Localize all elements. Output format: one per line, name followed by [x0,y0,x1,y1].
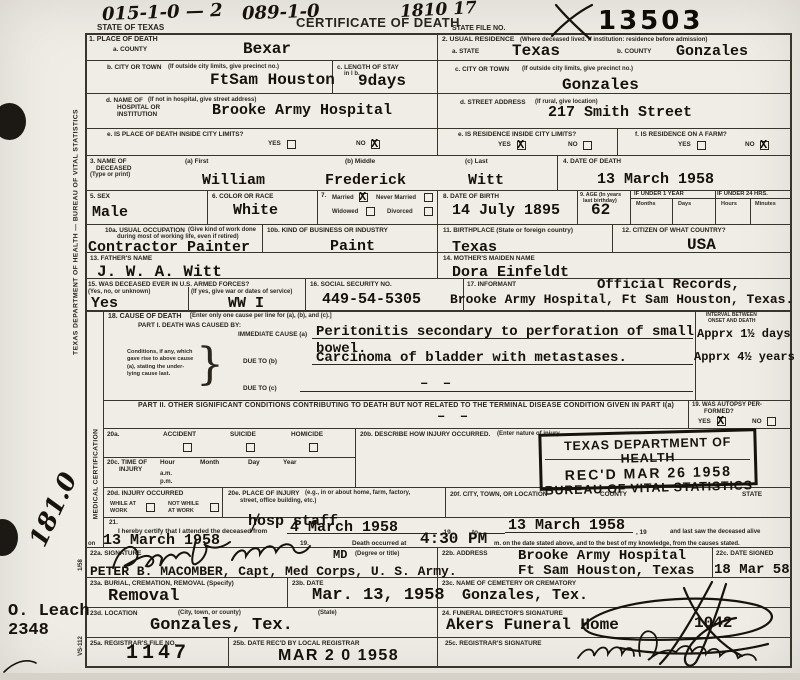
handwritten-margin-number: 181.0 [23,468,82,551]
age-value: 62 [591,201,610,219]
am-label: a.m. [160,471,172,477]
place-county-label: a. COUNTY [113,46,147,54]
checkbox-place-limits-no [371,140,380,149]
residence-label: 2. USUAL RESIDENCE [442,36,514,44]
deceased-middle-value: Frederick [325,172,406,189]
armed-forces-value2: WW I [228,295,264,312]
farm-label: f. IS RESIDENCE ON A FARM? [635,131,727,139]
informant-label: 17. INFORMANT [467,281,516,289]
suicide-label: SUICIDE [230,431,256,439]
informant-line1: Official Records, [597,277,740,293]
injury-county-label: COUNTY [600,491,627,499]
certify-time-value: 4:30 PM [420,530,487,548]
funeral-home-value: Akers Funeral Home [446,616,619,634]
father-label: 13. FATHER'S NAME [90,255,152,263]
not-while-at-work-label: NOT WHILE AT WORK [168,501,206,514]
hospital-label3: INSTITUTION [117,111,157,119]
place-limits-yes-label: YES [268,140,281,148]
form-number-label: VS-112 [78,636,84,656]
certify-yr3-label: 19. [300,540,309,548]
checkbox-residence-limits-yes [517,141,526,150]
day-label: Day [248,459,260,467]
farm-yes-label: YES [678,141,691,149]
residence-state-label: a. STATE [452,48,479,56]
place-county-value: Bexar [243,40,291,58]
cause-bracket-note: [Enter only one cause per line for (a), … [190,313,332,319]
checkbox-farm-yes [697,141,706,150]
deceased-last-label: (c) Last [465,158,488,166]
checkbox-never-married [424,193,433,202]
interval-b-value: Apprx 4½ years [694,350,795,364]
registrar-recd-stamp: MAR 2 0 1958 [278,647,399,665]
physician-md-label: MD [333,548,347,562]
residence-county-label: b. COUNTY [617,48,651,56]
month-label: Month [200,459,219,467]
certify-on-label: on [88,541,95,547]
registrar-file-value: 1147 [126,642,190,665]
place-limits-label: e. IS PLACE OF DEATH INSIDE CITY LIMITS? [107,131,243,139]
certify-text3: Death occurred at [352,540,406,548]
punch-hole-bottom [0,519,18,556]
cemetery-value: Gonzales, Tex. [462,587,588,604]
form-border-bottom [85,666,792,668]
date-of-birth-value: 14 July 1895 [452,202,560,219]
under-24-hrs-label: IF UNDER 24 HRS. [717,191,768,198]
date-of-death-label: 4. DATE OF DEATH [563,158,621,166]
funeral-hw-number: 1042 [694,614,732,632]
under-1-year-label: IF UNDER 1 YEAR [634,191,684,198]
part2-value: – – [437,409,471,425]
hours-label: Hours [721,201,737,207]
marital-label: 7. [321,192,326,200]
occupation-value: Contractor Painter [88,239,250,256]
conditions-brace: } [196,339,224,390]
due-to-c-value: – – [420,376,454,392]
physician-address-label: 22b. ADDRESS [442,550,488,558]
form-revision-label: 1/58 [78,559,84,571]
date-signed-value: 18 Mar 58 [714,562,790,578]
checkbox-divorced [424,207,433,216]
cause-line-a-rule [312,338,693,339]
injury-state-label: STATE [742,491,762,499]
checkbox-autopsy-yes [717,417,726,426]
date-signed-label: 22c. DATE SIGNED [716,550,773,558]
deceased-first-label: (a) First [185,158,208,166]
handwritten-margin-name: O. Leach [8,602,90,621]
cause-of-death-label: 18. CAUSE OF DEATH [108,313,181,321]
injury-desc-label: 20b. DESCRIBE HOW INJURY OCCURRED. [360,431,490,439]
medical-spine-divider [103,310,104,547]
business-label: 10b. KIND OF BUSINESS OR INDUSTRY [267,227,388,235]
deceased-middle-label: (b) Middle [345,158,375,166]
physician-address-line2: Ft Sam Houston, Texas [518,563,694,579]
immediate-cause-label: IMMEDIATE CAUSE (a) [238,331,307,339]
deceased-note: (Type or print) [90,172,130,178]
physician-name-value: PETER B. MACOMBER, Capt, Med Corps, U. S… [90,564,457,579]
place-city-value: FtSam Houston [210,71,335,89]
hospital-value: Brooke Army Hospital [212,102,392,119]
occupation-note: (Give kind of work done [188,227,256,233]
residence-city-value: Gonzales [562,76,639,94]
physician-signature-label: 22a. SIGNATURE [90,550,141,558]
place-limits-no-label: NO [356,140,366,148]
checkbox-suicide [246,443,255,452]
certify-text2: and last saw the deceased alive [670,529,760,536]
conditions-note: Conditions, if any, which gave rise to a… [127,349,197,378]
form-border-top [85,33,792,35]
mother-label: 14. MOTHER'S MAIDEN NAME [443,255,535,263]
checkbox-accident [183,443,192,452]
medical-certification-vertical-label: MEDICAL CERTIFICATION [93,429,100,520]
checkbox-widowed [366,207,375,216]
checkbox-not-while-at-work [210,503,219,512]
birthplace-label: 11. BIRTHPLACE (State or foreign country… [443,227,573,235]
place-of-death-label: 1. PLACE OF DEATH [89,36,158,44]
registrar-signature-label: 25c. REGISTRAR'S SIGNATURE [445,640,542,648]
marital-divorced-label: Divorced [387,209,413,215]
citizen-label: 12. CITIZEN OF WHAT COUNTRY? [622,227,726,235]
sex-value: Male [92,204,128,221]
checkbox-autopsy-no [767,417,776,426]
registrar-signature [578,631,756,660]
due-to-c-label: DUE TO (c) [243,385,277,393]
autopsy-no-label: NO [752,418,762,426]
sex-label: 5. SEX [90,193,110,201]
checkbox-residence-limits-no [583,141,592,150]
certify-number-label: 21. [109,519,118,527]
state-file-number-stamp: 13503 [598,6,703,36]
checkbox-married [359,193,368,202]
ssn-label: 16. SOCIAL SECURITY NO. [310,281,392,289]
handwritten-file-numbers: 1810 17 [400,0,478,22]
place-city-label: b. CITY OR TOWN [107,64,161,72]
mother-value: Dora Einfeldt [452,264,569,281]
injury-time-label2: INJURY [119,466,142,474]
certify-yr2-label: , 19 [636,529,647,537]
accident-label: ACCIDENT [163,431,196,439]
checkbox-place-limits-yes [287,140,296,149]
burial-location-label: 23d. LOCATION [90,610,137,618]
punch-hole-top [0,103,26,140]
burial-date-value: Mar. 13, 1958 [312,586,445,605]
burial-location-value: Gonzales, Tex. [150,616,293,635]
marital-never-label: Never Married [376,195,416,201]
interval-header-line2: ONSET AND DEATH [708,318,756,324]
residence-limits-yes-label: YES [498,141,511,149]
race-value: White [233,202,278,219]
form-border-left [85,33,87,668]
residence-county-value: Gonzales [676,43,748,60]
farm-no-label: NO [745,141,755,149]
date-of-birth-label: 8. DATE OF BIRTH [443,193,499,201]
autopsy-yes-label: YES [698,418,711,426]
father-value: J. W. A. Witt [97,263,222,281]
injury-place-label: 20e. PLACE OF INJURY [228,490,300,498]
informant-line2: Brooke Army Hospital, Ft Sam Houston, Te… [450,292,793,307]
part2-label: PART II. OTHER SIGNIFICANT CONDITIONS CO… [138,402,674,410]
street-address-label: d. STREET ADDRESS [460,99,525,107]
injury-place-note: (e.g., in or about home, farm, factory, [305,490,410,496]
received-stamp: TEXAS DEPARTMENT OF HEALTH REC'D MAR 26 … [538,428,757,491]
injury-city-label: 20f. CITY, TOWN, OR LOCATION [450,491,547,499]
deceased-first-value: William [202,172,265,189]
armed-forces-label: 15. WAS DECEASED EVER IN U.S. ARMED FORC… [88,281,249,289]
checkbox-homicide [309,443,318,452]
hour-label: Hour [160,459,175,467]
certificate-paper: 015-1-0 — 2 089-1-0 STATE OF TEXAS CERTI… [0,0,800,680]
residence-limits-no-label: NO [568,141,578,149]
birthplace-value: Texas [452,239,497,256]
pm-label: p.m. [160,479,172,485]
part1-label: PART I. DEATH WAS CAUSED BY: [138,322,241,330]
months-label: Months [636,201,656,207]
residence-state-value: Texas [512,42,560,60]
street-address-value: 217 Smith Street [548,104,692,121]
minutes-label: Minutes [755,201,776,207]
residence-city-label: c. CITY OR TOWN [455,66,509,74]
handwritten-code-left: 015-1-0 — 2 [102,0,223,25]
homicide-label: HOMICIDE [291,431,323,439]
burial-location-note2: (State) [318,610,337,616]
length-of-stay-value: 9days [358,72,406,90]
race-label: 6. COLOR OR RACE [212,193,273,201]
handwritten-margin-code: 2348 [8,621,49,640]
date-of-death-value: 13 March 1958 [597,171,714,188]
ssn-value: 449-54-5305 [322,291,421,308]
interval-a-value: Apprx 1½ days [697,327,791,341]
marital-married-label: Married [332,195,354,201]
year-label: Year [283,459,297,467]
injury-place-note2: street, office building, etc.) [240,498,316,504]
state-of-texas-label: STATE OF TEXAS [97,23,164,33]
checkbox-farm-no [760,141,769,150]
cause-line-c-rule [300,391,693,392]
certify-date-on-value: 13 March 1958 [103,532,220,549]
armed-forces-value1: Yes [91,295,118,312]
department-vertical-label: TEXAS DEPARTMENT OF HEALTH — BUREAU OF V… [73,109,80,355]
deceased-last-value: Witt [468,172,504,189]
business-value: Paint [330,238,375,255]
place-city-note: (If outside city limits, give precinct n… [168,64,279,70]
death-certificate-scan: { "header": { "hw_code_a": "015-1-0 — 2"… [0,0,800,680]
days-label: Days [678,201,691,207]
physician-address-line1: Brooke Army Hospital [518,548,686,564]
physician-degree-note: (Degree or title) [355,551,399,557]
citizen-value: USA [687,236,716,254]
due-to-b-label: DUE TO (b) [243,358,277,366]
while-at-work-label: WHILE AT WORK [110,501,144,514]
cause-line-b-rule [312,364,693,365]
scan-edge-bottom [0,673,800,680]
injury-occurred-label: 20d. INJURY OCCURRED [107,490,183,498]
residence-city-note: (If outside city limits, give precinct n… [522,66,633,72]
corner-pen-mark [4,661,36,672]
marital-widowed-label: Widowed [332,209,358,215]
violence-label: 20a. [107,431,119,439]
burial-value: Removal [108,587,179,606]
checkbox-while-at-work [146,503,155,512]
